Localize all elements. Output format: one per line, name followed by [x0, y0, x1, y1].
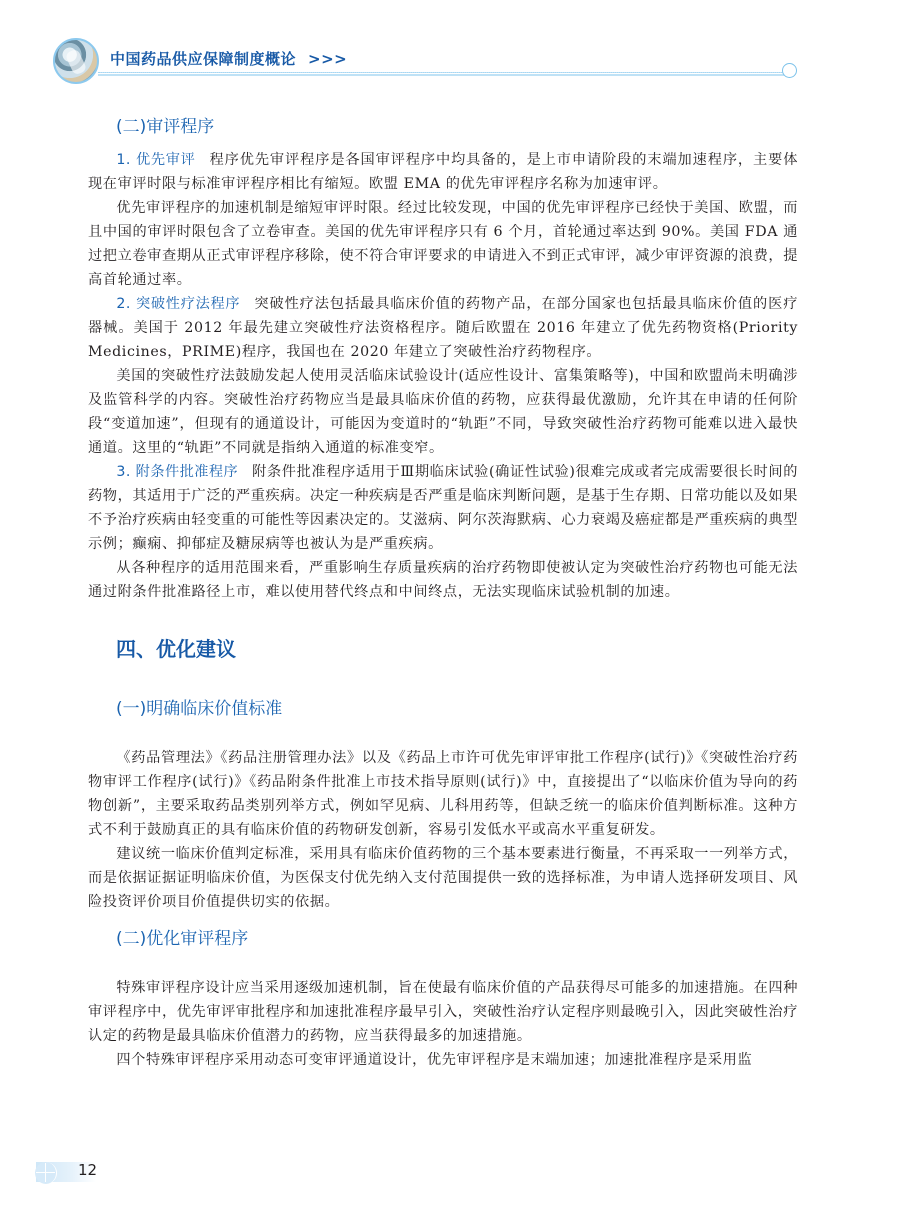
- header-end-circle-icon: [782, 63, 797, 78]
- chevrons-icon: >>>: [308, 50, 347, 68]
- paragraph-priority-review: 1. 优先审评程序优先审评程序是各国审评程序中均具备的，是上市申请阶段的末端加速…: [88, 148, 798, 196]
- book-emblem-image: [53, 38, 99, 84]
- paragraph: 美国的突破性疗法鼓励发起人使用灵活临床试验设计(适应性设计、富集策略等)，中国和…: [88, 364, 798, 460]
- paragraph: 优先审评程序的加速机制是缩短审评时限。经过比较发现，中国的优先审评程序已经快于美…: [88, 196, 798, 292]
- footer-crosshair-circle-icon: [35, 1162, 57, 1184]
- subsection-lead-breakthrough: 2. 突破性疗法程序: [116, 296, 240, 312]
- paragraph-breakthrough: 2. 突破性疗法程序突破性疗法包括最具临床价值的药物产品，在部分国家也包括最具临…: [88, 292, 798, 364]
- book-title: 中国药品供应保障制度概论>>>: [110, 48, 347, 69]
- section-heading-review-procedures: (二)审评程序: [116, 112, 798, 142]
- running-header: 中国药品供应保障制度概论>>>: [0, 0, 900, 100]
- paragraph: 四个特殊审评程序采用动态可变审评通道设计，优先审评程序是末端加速；加速批准程序是…: [88, 1048, 798, 1072]
- section-heading-optimize-review: (二)优化审评程序: [116, 924, 798, 954]
- paragraph: 特殊审评程序设计应当采用逐级加速机制，旨在使最有临床价值的产品获得尽可能多的加速…: [88, 976, 798, 1048]
- section-heading-clinical-value: (一)明确临床价值标准: [116, 694, 798, 724]
- subsection-lead-conditional: 3. 附条件批准程序: [116, 464, 238, 480]
- paragraph: 《药品管理法》《药品注册管理办法》以及《药品上市许可优先审评审批工作程序(试行)…: [88, 746, 798, 842]
- page-body: (二)审评程序 1. 优先审评程序优先审评程序是各国审评程序中均具备的，是上市申…: [88, 112, 798, 1072]
- paragraph: 从各种程序的适用范围来看，严重影响生存质量疾病的治疗药物即使被认定为突破性治疗药…: [88, 556, 798, 604]
- page-number: 12: [78, 1161, 97, 1179]
- subsection-lead-priority: 1. 优先审评: [116, 152, 195, 168]
- paragraph-conditional-approval: 3. 附条件批准程序附条件批准程序适用于Ⅲ期临床试验(确证性试验)很难完成或者完…: [88, 460, 798, 556]
- page-footer: 12: [0, 1150, 900, 1222]
- paragraph: 建议统一临床价值判定标准，采用具有临床价值药物的三个基本要素进行衡量，不再采取一…: [88, 842, 798, 914]
- header-divider: [98, 72, 784, 76]
- chapter-heading-optimization: 四、优化建议: [116, 632, 798, 666]
- book-title-text: 中国药品供应保障制度概论: [110, 50, 296, 68]
